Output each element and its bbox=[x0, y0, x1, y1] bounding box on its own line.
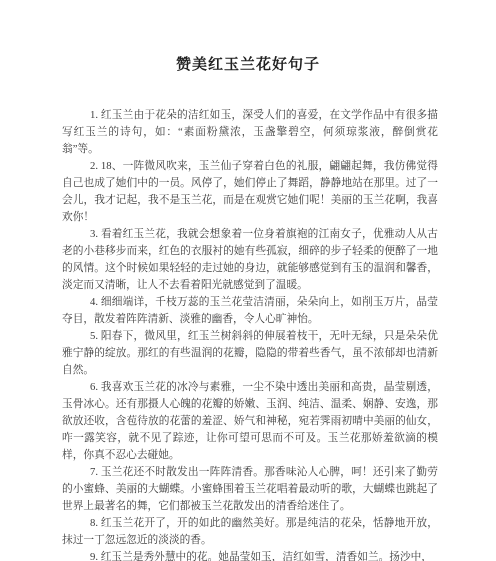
paragraph-4: 4. 细细端详，千枝万蕊的玉兰花莹洁清丽，朵朵向上，如削玉万片，晶莹夺目，散发着… bbox=[62, 294, 438, 328]
article-page: 赞美红玉兰花好句子 1. 红玉兰由于花朵的洁红如玉，深受人们的喜爱，在文学作品中… bbox=[0, 0, 496, 561]
paragraph-1: 1. 红玉兰由于花朵的洁红如玉，深受人们的喜爱，在文学作品中有很多描写红玉兰的诗… bbox=[62, 107, 438, 158]
paragraph-7: 7. 玉兰花还不时散发出一阵阵清香。那香味沁人心脾，呵！还引来了勤劳的小蜜蜂、美… bbox=[62, 464, 438, 515]
article-body: 1. 红玉兰由于花朵的洁红如玉，深受人们的喜爱，在文学作品中有很多描写红玉兰的诗… bbox=[0, 107, 496, 561]
paragraph-8: 8. 红玉兰花开了，开的如此的幽然美好。那是纯洁的花朵，恬静地开放，抹过一丁忽远… bbox=[62, 515, 438, 549]
paragraph-3: 3. 看着红玉兰花，我就会想象着一位身着旗袍的江南女子，优雅动人从古老的小巷移步… bbox=[62, 226, 438, 294]
paragraph-5: 5. 阳春下，微风里，红玉兰树斜斜的伸展着枝干，无叶无绿，只是朵朵优雅宁静的绽放… bbox=[62, 328, 438, 379]
paragraph-2: 2. 18、一阵微风吹来，玉兰仙子穿着白色的礼服，翩翩起舞，我仿佛觉得自己也成了… bbox=[62, 158, 438, 226]
paragraph-9: 9. 红玉兰是秀外慧中的花。她晶莹如玉，洁红如雪，清香如兰。扬沙中， bbox=[62, 549, 438, 561]
page-title: 赞美红玉兰花好句子 bbox=[0, 54, 496, 76]
paragraph-6: 6. 我喜欢玉兰花的冰冷与素雅，一尘不染中透出美丽和高贵，晶莹剔透，玉骨冰心。还… bbox=[62, 379, 438, 464]
